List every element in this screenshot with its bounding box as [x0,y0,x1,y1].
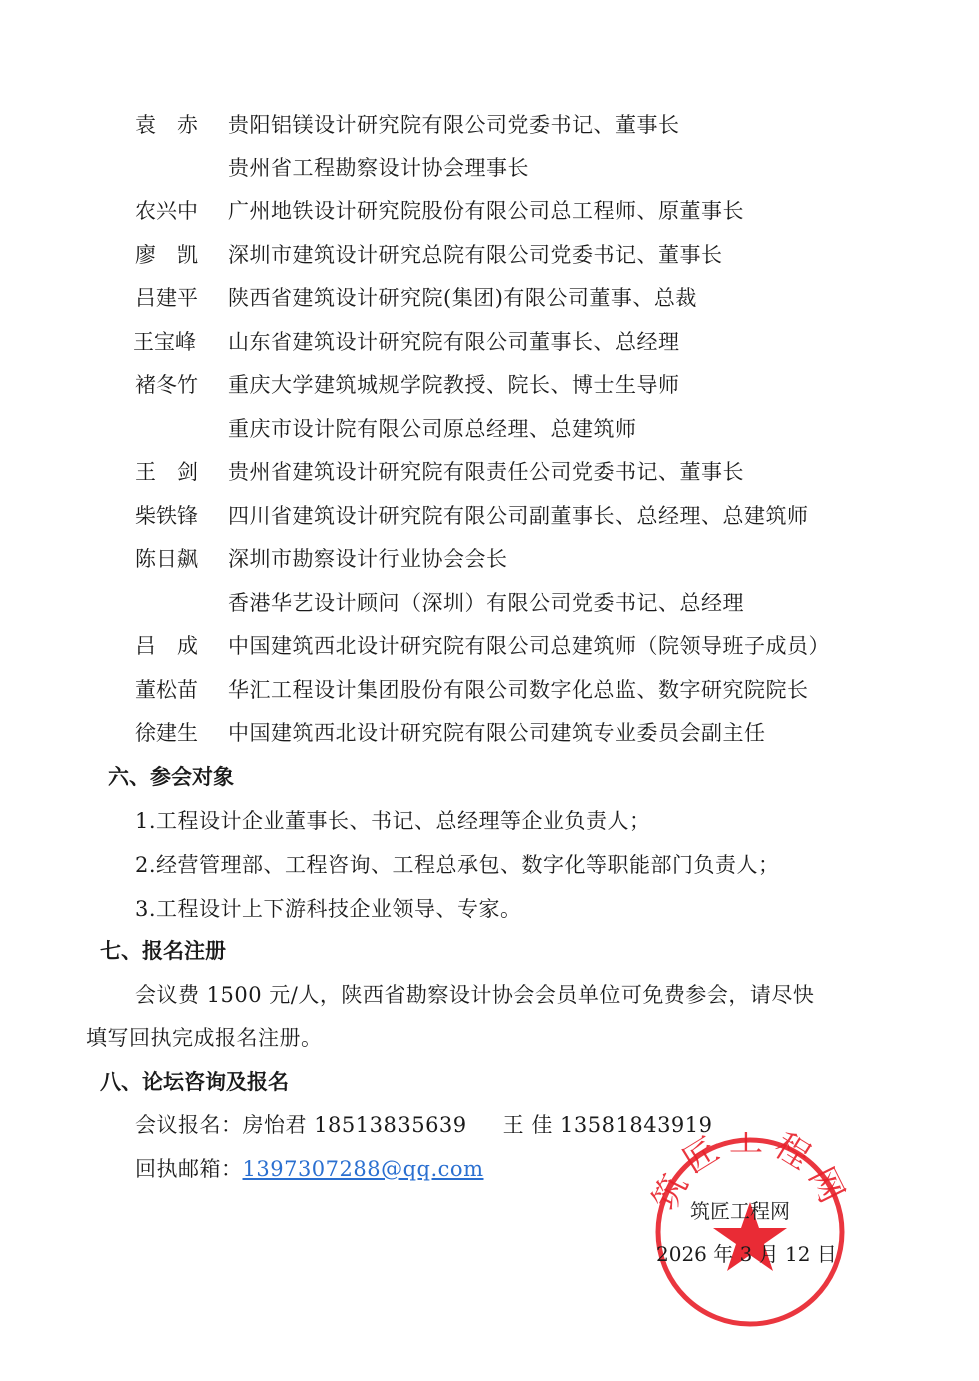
expert-name: 廖 凯 [135,241,198,269]
expert-title: 四川省建筑设计研究院有限公司副董事长、总经理、总建筑师 [228,502,809,530]
expert-name: 董松苗 [135,676,198,704]
expert-title: 陕西省建筑设计研究院(集团)有限公司董事、总裁 [228,284,697,312]
contact2-name: 王 佳 [503,1113,553,1137]
contact1-phone: 18513835639 [314,1113,466,1137]
contact1-name: 房怡君 [243,1113,308,1137]
attendee-item: 2.经营管理部、工程咨询、工程总承包、数字化等职能部门负责人； [135,851,780,879]
expert-name: 褚冬竹 [135,371,198,399]
registration-paragraph-line1: 会议费 1500 元/人，陕西省勘察设计协会会员单位可免费参会，请尽快 [135,981,814,1009]
contact-label: 会议报名： [135,1113,243,1137]
expert-name: 王 剑 [135,458,198,486]
expert-title: 重庆市设计院有限公司原总经理、总建筑师 [228,415,637,443]
registration-paragraph-line2: 填写回执完成报名注册。 [86,1024,323,1052]
contact-row: 会议报名：房怡君 18513835639王 佳 13581843919 [135,1111,713,1139]
expert-name: 吕 成 [135,632,198,660]
expert-title: 华汇工程设计集团股份有限公司数字化总监、数字研究院院长 [228,676,809,704]
expert-name: 王宝峰 [133,328,196,356]
expert-title: 山东省建筑设计研究院有限公司董事长、总经理 [228,328,680,356]
email-label: 回执邮箱： [135,1157,243,1181]
expert-title: 贵阳铝镁设计研究院有限公司党委书记、董事长 [228,111,680,139]
expert-title: 深圳市建筑设计研究总院有限公司党委书记、董事长 [228,241,723,269]
attendee-item: 1.工程设计企业董事长、书记、总经理等企业负责人； [135,807,651,835]
signature-date: 2026 年 3 月 12 日 [656,1241,837,1267]
expert-name: 柴铁锋 [135,502,198,530]
expert-title: 中国建筑西北设计研究院有限公司总建筑师（院领导班子成员） [228,632,830,660]
signature-org: 筑匠工程网 [690,1198,790,1224]
expert-title: 香港华艺设计顾问（深圳）有限公司党委书记、总经理 [228,589,744,617]
expert-title: 贵州省工程勘察设计协会理事长 [228,154,529,182]
expert-title: 贵州省建筑设计研究院有限责任公司党委书记、董事长 [228,458,744,486]
section-heading-contact: 八、论坛咨询及报名 [100,1068,289,1096]
expert-name: 徐建生 [135,719,198,747]
seal-stamp-icon: 筑匠工程网 [650,1132,850,1332]
expert-name: 陈日飙 [135,545,198,573]
email-link[interactable]: 1397307288@qq.com [243,1157,484,1181]
expert-title: 深圳市勘察设计行业协会会长 [228,545,508,573]
expert-name: 袁 赤 [135,111,198,139]
expert-title: 重庆大学建筑城规学院教授、院长、博士生导师 [228,371,680,399]
section-heading-attendees: 六、参会对象 [108,763,234,791]
expert-name: 吕建平 [135,284,198,312]
expert-title: 中国建筑西北设计研究院有限公司建筑专业委员会副主任 [228,719,766,747]
email-row: 回执邮箱：1397307288@qq.com [135,1155,484,1183]
expert-name: 农兴中 [135,197,198,225]
attendee-item: 3.工程设计上下游科技企业领导、专家。 [135,895,522,923]
expert-title: 广州地铁设计研究院股份有限公司总工程师、原董事长 [228,197,744,225]
section-heading-registration: 七、报名注册 [100,937,226,965]
